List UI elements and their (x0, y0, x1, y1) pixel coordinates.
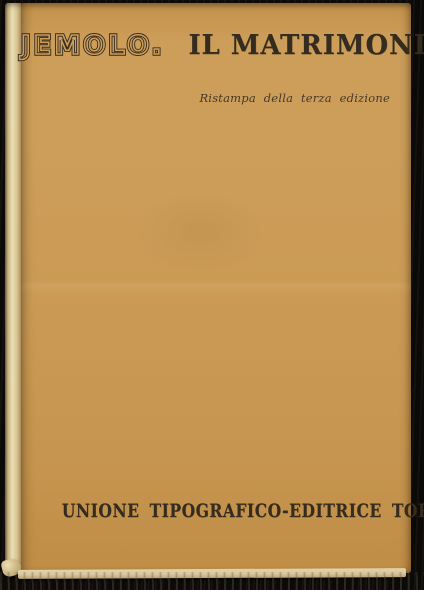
author-name-inline: JEMOLO. (21, 31, 164, 61)
edition-note: Ristampa della terza edizione (199, 91, 390, 105)
book-photo-backdrop: JEMOLO. JEMOLO. IL MATRIMONIO Ristampa d… (0, 0, 424, 590)
book-title: IL MATRIMONIO (188, 30, 424, 61)
publisher-row: UNIONE TIPOGRAFICO-EDITRICE TORINESE (21, 501, 393, 522)
book: JEMOLO. JEMOLO. IL MATRIMONIO Ristampa d… (5, 3, 411, 576)
page-edges (18, 568, 406, 579)
front-cover: JEMOLO. JEMOLO. IL MATRIMONIO Ristampa d… (21, 3, 411, 573)
publisher-name: UNIONE TIPOGRAFICO-EDITRICE TORINESE (62, 501, 424, 522)
title-row: JEMOLO. JEMOLO. IL MATRIMONIO (21, 30, 393, 61)
author-name: JEMOLO. JEMOLO. (21, 31, 164, 61)
book-spine (5, 3, 21, 574)
